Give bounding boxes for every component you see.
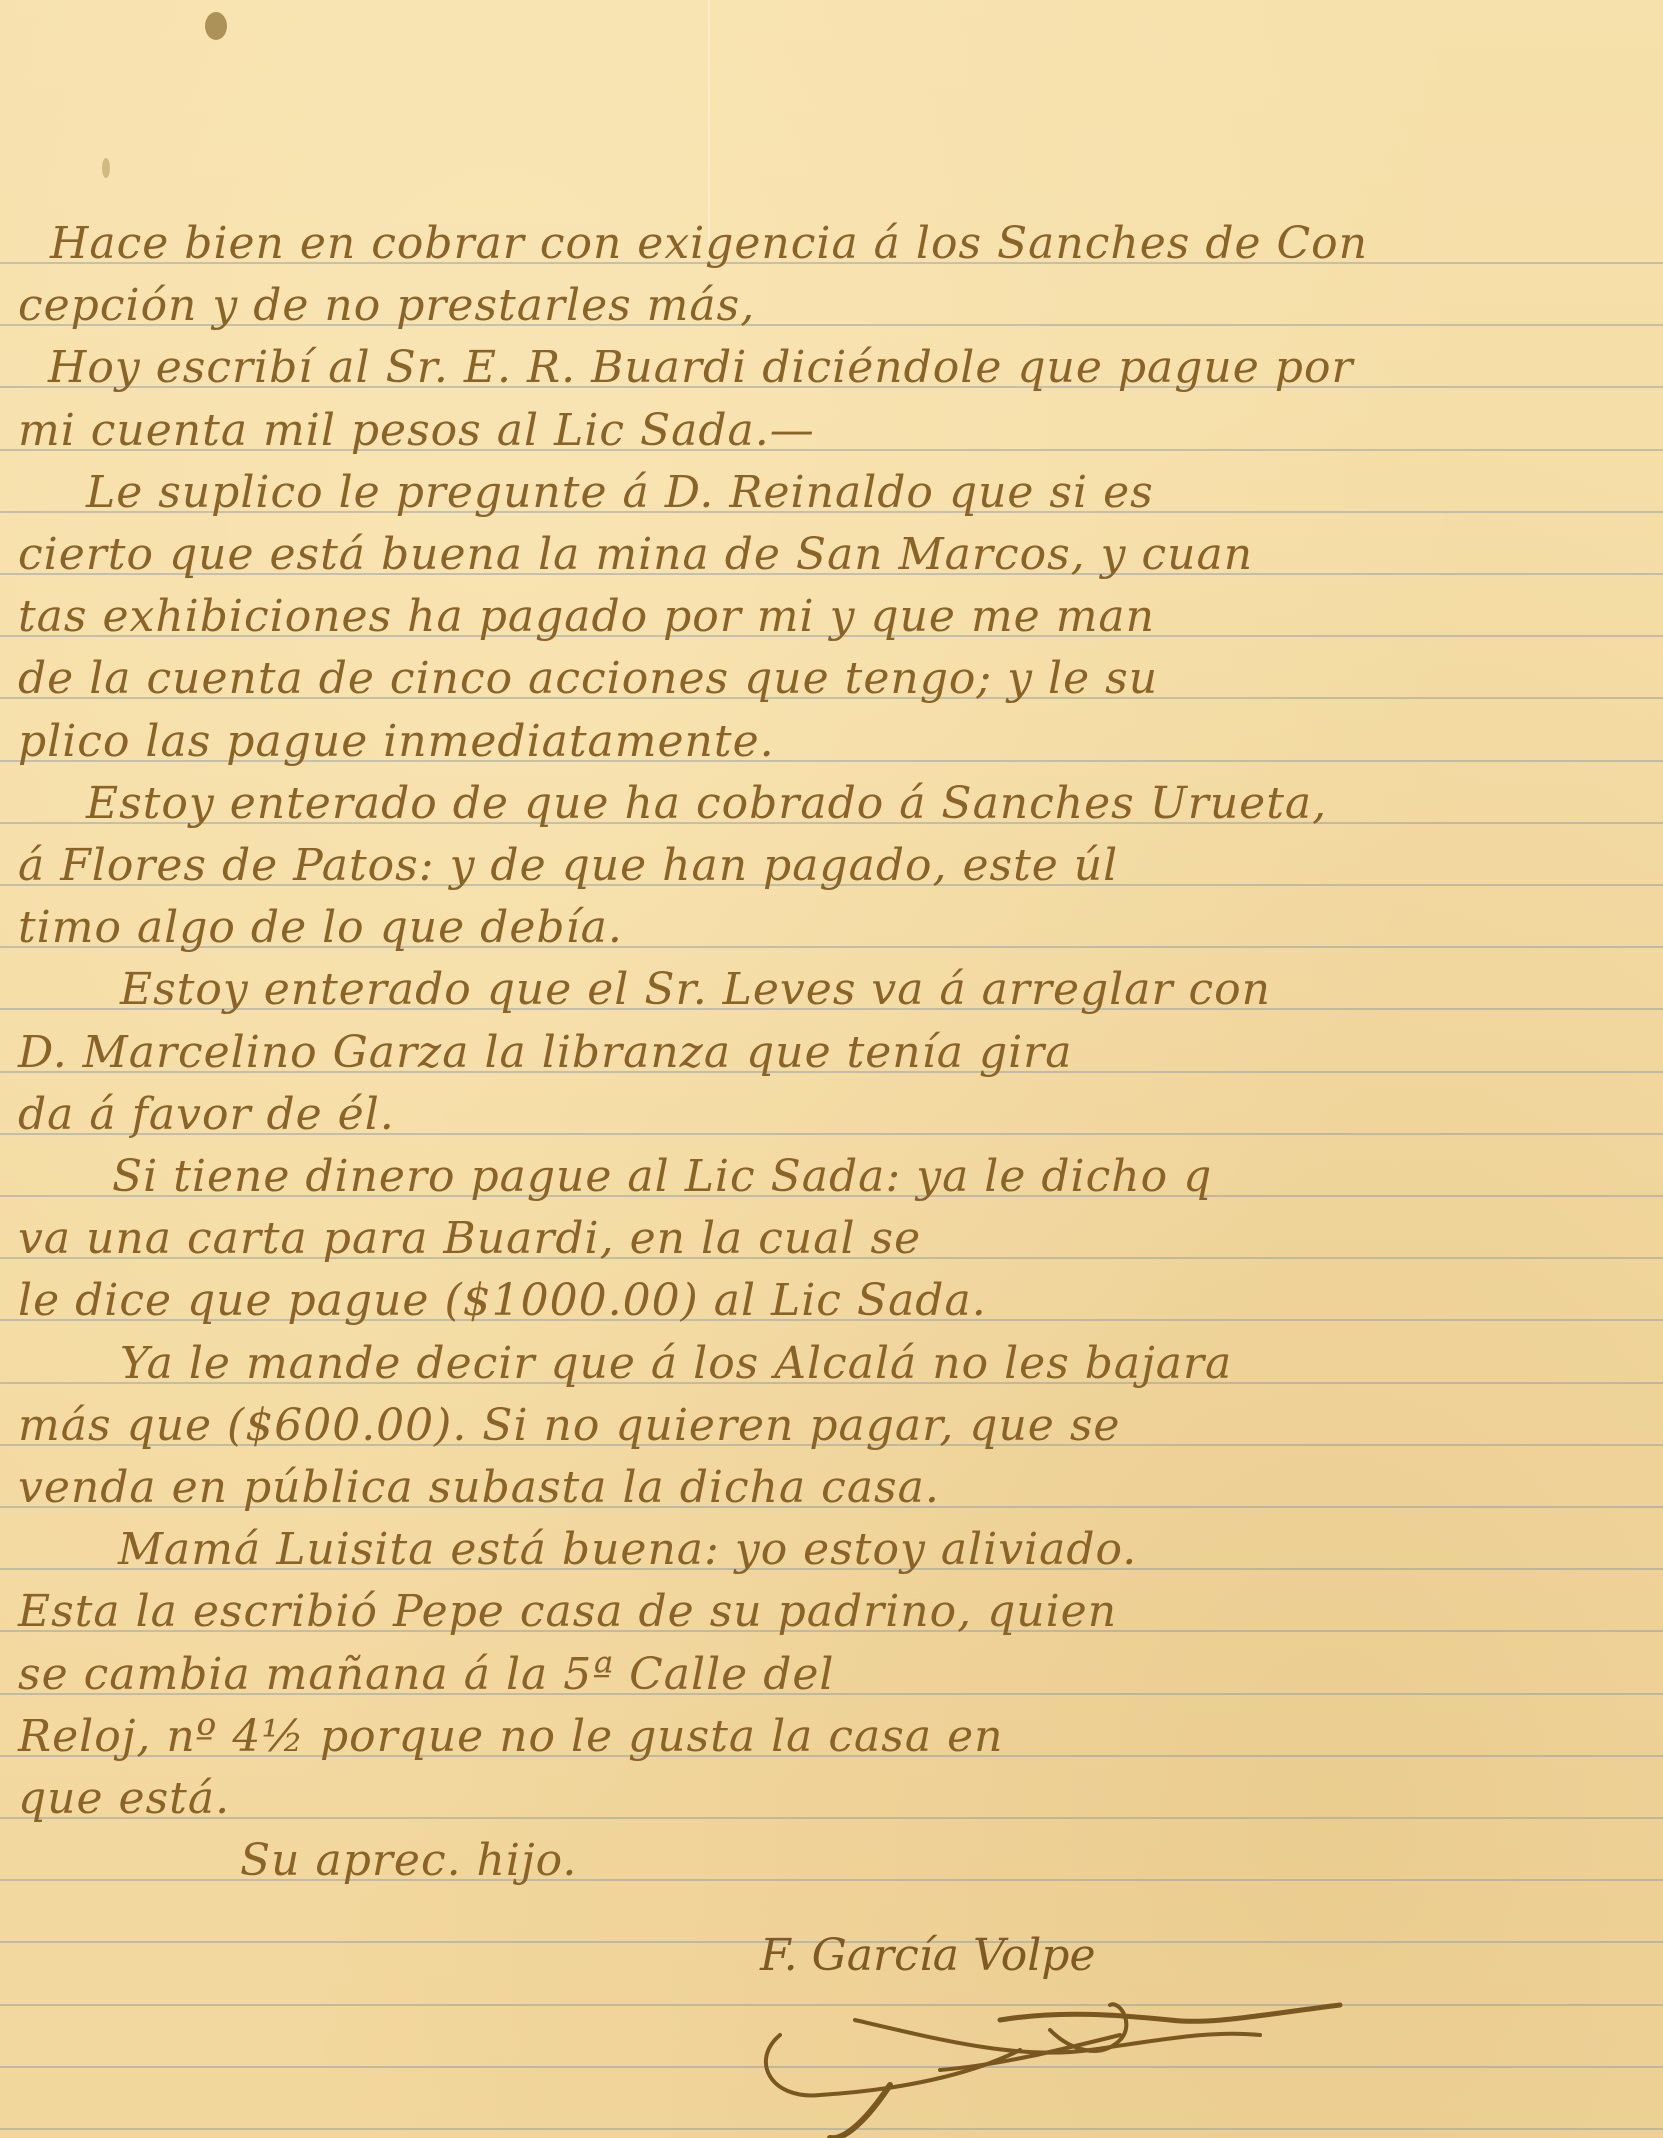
letter-line: D. Marcelino Garza la libranza que tenía… [18,1031,1072,1075]
letter-line: tas exhibiciones ha pagado por mi y que … [18,595,1155,639]
letter-line: venda en pública subasta la dicha casa. [18,1466,940,1510]
letter-line: cierto que está buena la mina de San Mar… [18,533,1253,577]
letter-line: Reloj, nº 4½ porque no le gusta la casa … [18,1715,1003,1759]
letter-line: Si tiene dinero pague al Lic Sada: ya le… [112,1155,1212,1199]
letter-line: da á favor de él. [18,1093,395,1137]
letter-line: Hoy escribí al Sr. E. R. Buardi diciéndo… [48,346,1354,390]
letter-line: Ya le mande decir que á los Alcalá no le… [120,1342,1232,1386]
letter-line: se cambia mañana á la 5ª Calle del [18,1653,834,1697]
letter-line: Estoy enterado de que ha cobrado á Sanch… [86,782,1327,826]
letter-line: Esta la escribió Pepe casa de su padrino… [18,1590,1117,1634]
signature: F. García Volpe [760,1930,1096,1981]
letter-line: Estoy enterado que el Sr. Leves va á arr… [120,968,1271,1012]
letter-line: á Flores de Patos: y de que han pagado, … [18,844,1118,888]
letter-line: Hace bien en cobrar con exigencia á los … [50,222,1368,266]
letter-line: le dice que pague ($1000.00) al Lic Sada… [18,1279,987,1323]
letter-line: cepción y de no prestarles más, [18,284,755,328]
letter-line: más que ($600.00). Si no quieren pagar, … [18,1404,1120,1448]
closing-line: Su aprec. hijo. [240,1839,577,1883]
letter-line: va una carta para Buardi, en la cual se [18,1217,921,1261]
letter-line: timo algo de lo que debía. [18,906,623,950]
letter-line: Le suplico le pregunte á D. Reinaldo que… [86,471,1154,515]
letter-line: plico las pague inmediatamente. [18,720,775,764]
signature-flourish-icon [740,1980,1380,2138]
letter-line: mi cuenta mil pesos al Lic Sada.— [18,409,815,453]
letter-line: que está. [18,1777,230,1821]
letter-line: Mamá Luisita está buena: yo estoy alivia… [118,1528,1137,1572]
letter-line: de la cuenta de cinco acciones que tengo… [18,657,1158,701]
letter-body: Hace bien en cobrar con exigencia á los … [0,0,1663,2138]
